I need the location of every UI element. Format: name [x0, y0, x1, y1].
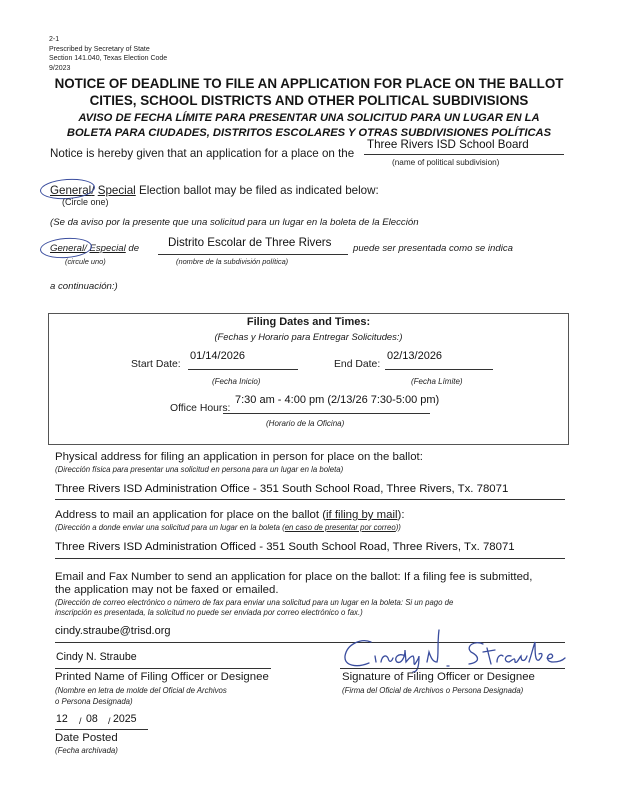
- end-date-caption: (Fecha Límite): [411, 377, 463, 386]
- date-separator-1: /: [79, 716, 82, 726]
- mail-address-line: [55, 558, 565, 559]
- mail-label-post: ):: [398, 509, 405, 521]
- circle-uno-caption: (circule uno): [65, 257, 106, 266]
- form-revision: 9/2023: [49, 64, 167, 74]
- subdivision-es-caption: (nombre de la subdivisión política): [176, 257, 288, 266]
- election-type-line: General/ Special Election ballot may be …: [50, 184, 379, 197]
- filing-box-heading-es: (Fechas y Horario para Entregar Solicitu…: [48, 331, 569, 342]
- subdivision-es-value: Distrito Escolar de Three Rivers: [168, 236, 331, 249]
- de-text: de: [128, 243, 139, 254]
- subdivision-es-field[interactable]: Distrito Escolar de Three Rivers: [158, 236, 348, 255]
- start-date-field[interactable]: 01/14/2026: [188, 348, 298, 370]
- mail-label-if-filing-by-mail: if filing by mail: [326, 509, 398, 521]
- email-fax-label-line-2: the application may not be faxed or emai…: [55, 584, 279, 596]
- date-posted-line: [55, 729, 148, 730]
- printed-name-label: Printed Name of Filing Officer or Design…: [55, 671, 269, 683]
- printed-name-value[interactable]: Cindy N. Straube: [56, 651, 137, 663]
- option-especial-es[interactable]: Especial: [89, 243, 125, 254]
- mail-address-label: Address to mail an application for place…: [55, 509, 405, 521]
- date-posted-label: Date Posted: [55, 732, 118, 744]
- subdivision-field[interactable]: Three Rivers ISD School Board: [364, 138, 564, 155]
- date-posted-label-es: (Fecha archivada): [55, 746, 118, 755]
- office-hours-label: Office Hours:: [170, 403, 230, 414]
- office-hours-value: 7:30 am - 4:00 pm (2/13/26 7:30-5:00 pm): [235, 394, 439, 406]
- physical-address-value[interactable]: Three Rivers ISD Administration Office -…: [55, 483, 508, 495]
- office-hours-caption: (Horario de la Oficina): [266, 419, 344, 428]
- office-hours-field[interactable]: 7:30 am - 4:00 pm (2/13/26 7:30-5:00 pm): [223, 393, 430, 414]
- title-line-1: NOTICE OF DEADLINE TO FILE AN APPLICATIO…: [0, 75, 618, 92]
- start-date-caption: (Fecha Inicio): [212, 377, 260, 386]
- mail-label-es-post: )): [396, 523, 401, 532]
- email-fax-label-es-line-1: (Dirección de correo electrónico o númer…: [55, 598, 453, 607]
- code-section: Section 141.040, Texas Election Code: [49, 54, 167, 64]
- mail-label-es-pre: (Dirección a donde enviar una solicitud …: [55, 523, 285, 532]
- circle-one-caption: (Circle one): [62, 197, 109, 207]
- option-special[interactable]: Special: [98, 184, 136, 197]
- date-separator-2: /: [108, 716, 111, 726]
- physical-address-label: Physical address for filing an applicati…: [55, 451, 423, 463]
- email-fax-label-line-1: Email and Fax Number to send an applicat…: [55, 571, 532, 583]
- signature-label: Signature of Filing Officer or Designee: [342, 671, 535, 683]
- email-fax-label-es-line-2: inscripción es presentada, la solicitud …: [55, 608, 363, 617]
- physical-address-line: [55, 499, 565, 500]
- election-text: Election ballot may be filed as indicate…: [139, 184, 379, 197]
- start-date-value: 01/14/2026: [190, 350, 245, 362]
- date-posted-day[interactable]: 08: [86, 713, 98, 725]
- notice-intro: Notice is hereby given that an applicati…: [50, 147, 354, 160]
- signature-line: [340, 668, 565, 669]
- date-posted-month[interactable]: 12: [56, 713, 68, 725]
- title-line-2: CITIES, SCHOOL DISTRICTS AND OTHER POLIT…: [0, 92, 618, 109]
- filing-box-heading: Filing Dates and Times:: [48, 316, 569, 328]
- mail-label-es-link: en caso de presentar por correo: [285, 523, 396, 532]
- subtitle-es-line-1: AVISO DE FECHA LÍMITE PARA PRESENTAR UNA…: [0, 111, 618, 126]
- end-date-label: End Date:: [334, 359, 380, 370]
- subdivision-caption: (name of political subdivision): [392, 158, 499, 167]
- mail-address-value[interactable]: Three Rivers ISD Administration Officed …: [55, 541, 515, 553]
- form-header-meta: 2-1 Prescribed by Secretary of State Sec…: [49, 35, 167, 73]
- end-date-value: 02/13/2026: [387, 350, 442, 362]
- form-number: 2-1: [49, 35, 167, 45]
- notice-es-continuation: a continuación:): [50, 281, 118, 292]
- printed-name-label-es-line-2: o Persona Designada): [55, 697, 133, 706]
- date-posted-year[interactable]: 2025: [113, 713, 137, 725]
- subdivision-value: Three Rivers ISD School Board: [367, 138, 529, 151]
- printed-name-label-es-line-1: (Nombre en letra de molde del Oficial de…: [55, 686, 227, 695]
- notice-es-after: puede ser presentada como se indica: [353, 243, 513, 254]
- printed-name-line: [55, 668, 271, 669]
- start-date-label: Start Date:: [131, 359, 181, 370]
- end-date-field[interactable]: 02/13/2026: [385, 348, 493, 370]
- mail-label-pre: Address to mail an application for place…: [55, 509, 326, 521]
- email-fax-value[interactable]: cindy.straube@trisd.org: [55, 625, 171, 637]
- physical-address-label-es: (Dirección física para presentar una sol…: [55, 465, 343, 474]
- prescribed-by: Prescribed by Secretary of State: [49, 45, 167, 55]
- signature-label-es: (Firma del Oficial de Archivos o Persona…: [342, 686, 523, 695]
- mail-address-label-es: (Dirección a donde enviar una solicitud …: [55, 523, 401, 532]
- notice-es-intro: (Se da aviso por la presente que una sol…: [50, 217, 419, 228]
